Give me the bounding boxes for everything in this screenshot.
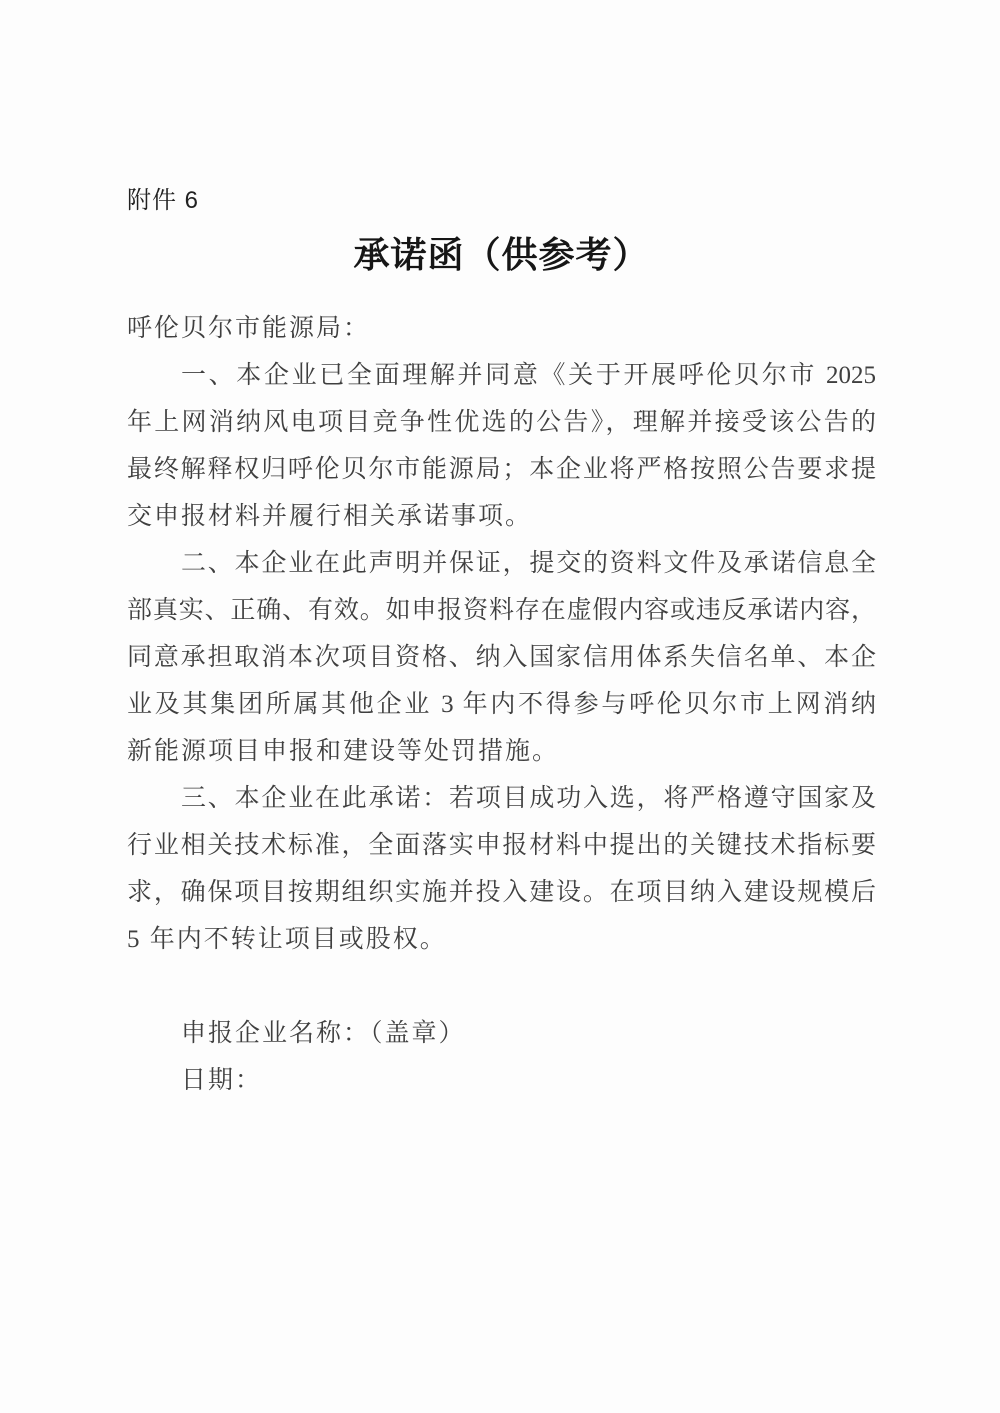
document-title: 承诺函（供参考） (127, 232, 876, 278)
paragraph-1-line-4: 交申报材料并履行相关承诺事项。 (127, 493, 876, 540)
paragraph-3-line-1: 三、本企业在此承诺：若项目成功入选，将严格遵守国家及 (127, 775, 876, 822)
document-page: 附件 6 承诺函（供参考） 呼伦贝尔市能源局： 一、本企业已全面理解并同意《关于… (0, 0, 1000, 1413)
paragraph-2-line-5: 新能源项目申报和建设等处罚措施。 (127, 728, 876, 775)
document-body: 呼伦贝尔市能源局： 一、本企业已全面理解并同意《关于开展呼伦贝尔市 2025 年… (127, 305, 876, 963)
attachment-label: 附件 6 (127, 186, 876, 216)
salutation-line: 呼伦贝尔市能源局： (127, 305, 876, 352)
paragraph-1-line-1: 一、本企业已全面理解并同意《关于开展呼伦贝尔市 2025 (127, 352, 876, 399)
paragraph-3-line-3: 求，确保项目按期组织实施并投入建设。在项目纳入建设规模后 (127, 869, 876, 916)
paragraph-2-line-2: 部真实、正确、有效。如申报资料存在虚假内容或违反承诺内容， (127, 587, 876, 634)
signature-block: 申报企业名称：（盖章） 日期： (127, 1010, 876, 1104)
paragraph-2-line-4: 业及其集团所属其他企业 3 年内不得参与呼伦贝尔市上网消纳 (127, 681, 876, 728)
signature-date-line: 日期： (127, 1057, 876, 1104)
paragraph-2-line-1: 二、本企业在此声明并保证，提交的资料文件及承诺信息全 (127, 540, 876, 587)
signature-company-line: 申报企业名称：（盖章） (127, 1010, 876, 1057)
paragraph-1-line-2: 年上网消纳风电项目竞争性优选的公告》，理解并接受该公告的 (127, 399, 876, 446)
paragraph-2-line-3: 同意承担取消本次项目资格、纳入国家信用体系失信名单、本企 (127, 634, 876, 681)
paragraph-1-line-3: 最终解释权归呼伦贝尔市能源局；本企业将严格按照公告要求提 (127, 446, 876, 493)
document-content: 附件 6 承诺函（供参考） 呼伦贝尔市能源局： 一、本企业已全面理解并同意《关于… (127, 0, 876, 1104)
paragraph-3-line-4: 5 年内不转让项目或股权。 (127, 916, 876, 963)
paragraph-3-line-2: 行业相关技术标准，全面落实申报材料中提出的关键技术指标要 (127, 822, 876, 869)
